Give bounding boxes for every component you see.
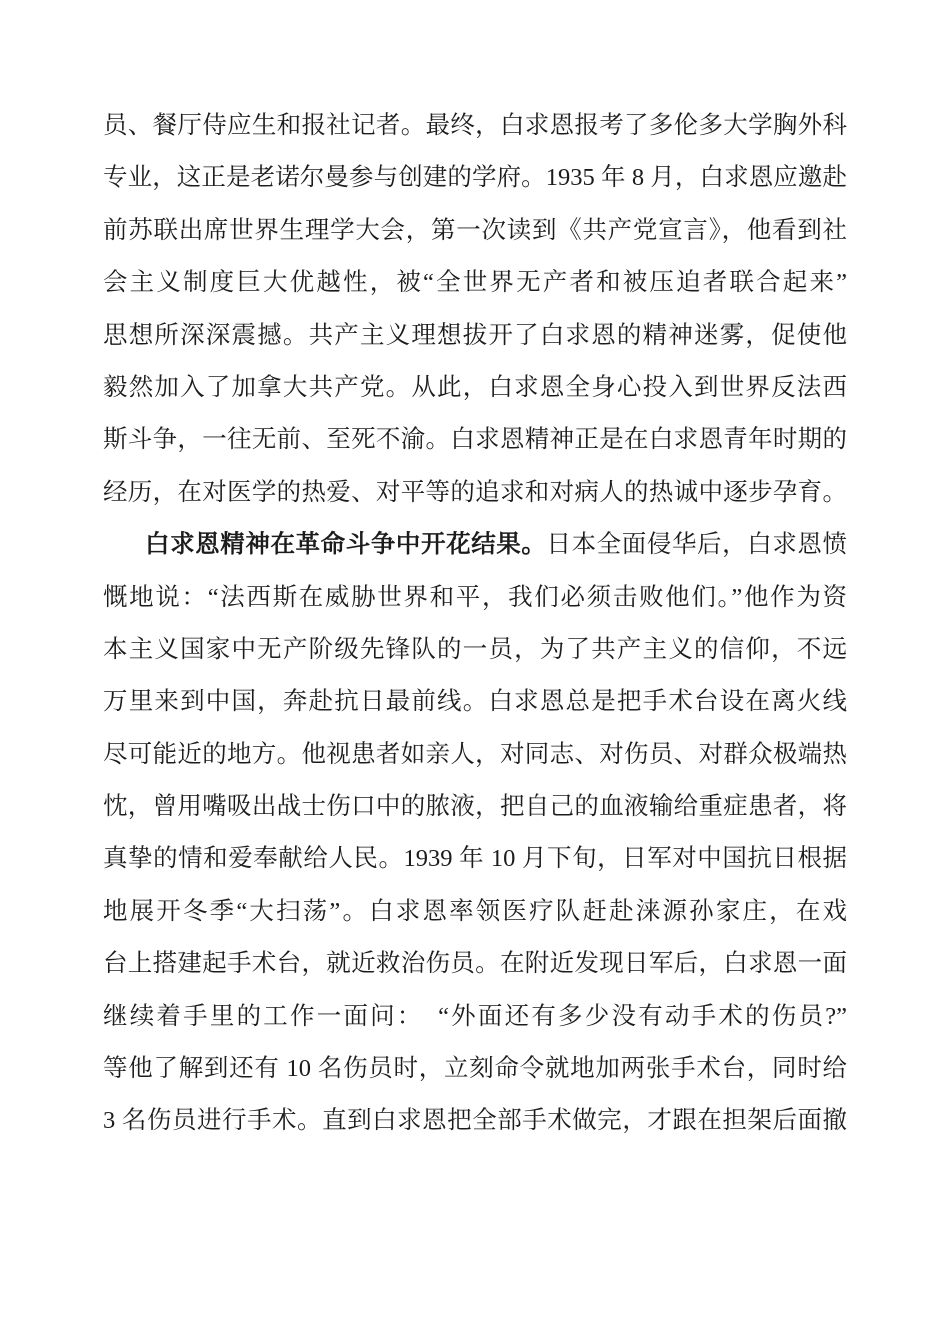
text-line: 台上搭建起手术台，就近救治伤员。在附近发现日军后，白求恩一面 [103, 938, 847, 990]
text-line: 斯斗争，一往无前、至死不渝。白求恩精神正是在白求恩青年时期的 [103, 414, 847, 466]
text-line: 前苏联出席世界生理学大会，第一次读到《共产党宣言》，他看到社 [103, 205, 847, 257]
text-line: 思想所深深震撼。共产主义理想拔开了白求恩的精神迷雾，促使他 [103, 310, 847, 362]
paragraph-heading: 白求恩精神在革命斗争中开花结果。 [145, 531, 546, 558]
document-page: 员、餐厅侍应生和报社记者。最终，白求恩报考了多伦多大学胸外科 专业，这正是老诺尔… [0, 0, 950, 1344]
text-line: 万里来到中国，奔赴抗日最前线。白求恩总是把手术台设在离火线 [103, 676, 847, 728]
text-line: 毅然加入了加拿大共产党。从此，白求恩全身心投入到世界反法西 [103, 362, 847, 414]
text-line: 专业，这正是老诺尔曼参与创建的学府。1935 年 8 月，白求恩应邀赴 [103, 152, 847, 204]
paragraph-lead-rest: 日本全面侵华后，白求恩愤 [546, 531, 847, 558]
text-line: 忱，曾用嘴吸出战士伤口中的脓液，把自己的血液输给重症患者，将 [103, 781, 847, 833]
text-line: 慨地说：“法西斯在威胁世界和平，我们必须击败他们。”他作为资 [103, 572, 847, 624]
text-line: 继续着手里的工作一面问： “外面还有多少没有动手术的伤员?” [103, 991, 847, 1043]
text-line: 经历，在对医学的热爱、对平等的追求和对病人的热诚中逐步孕育。 [103, 467, 847, 519]
text-line: 会主义制度巨大优越性，被“全世界无产者和被压迫者联合起来” [103, 257, 847, 309]
body-text: 员、餐厅侍应生和报社记者。最终，白求恩报考了多伦多大学胸外科 专业，这正是老诺尔… [103, 100, 847, 1148]
text-line: 本主义国家中无产阶级先锋队的一员，为了共产主义的信仰，不远 [103, 624, 847, 676]
text-line: 等他了解到还有 10 名伤员时，立刻命令就地加两张手术台，同时给 [103, 1043, 847, 1095]
text-line: 3 名伤员进行手术。直到白求恩把全部手术做完，才跟在担架后面撤 [103, 1095, 847, 1147]
text-line: 真挚的情和爱奉献给人民。1939 年 10 月下旬，日军对中国抗日根据 [103, 833, 847, 885]
text-line: 尽可能近的地方。他视患者如亲人，对同志、对伤员、对群众极端热 [103, 729, 847, 781]
paragraph-lead-line: 白求恩精神在革命斗争中开花结果。日本全面侵华后，白求恩愤 [103, 519, 847, 571]
text-line: 地展开冬季“大扫荡”。白求恩率领医疗队赶赴涞源孙家庄，在戏 [103, 886, 847, 938]
text-line: 员、餐厅侍应生和报社记者。最终，白求恩报考了多伦多大学胸外科 [103, 100, 847, 152]
